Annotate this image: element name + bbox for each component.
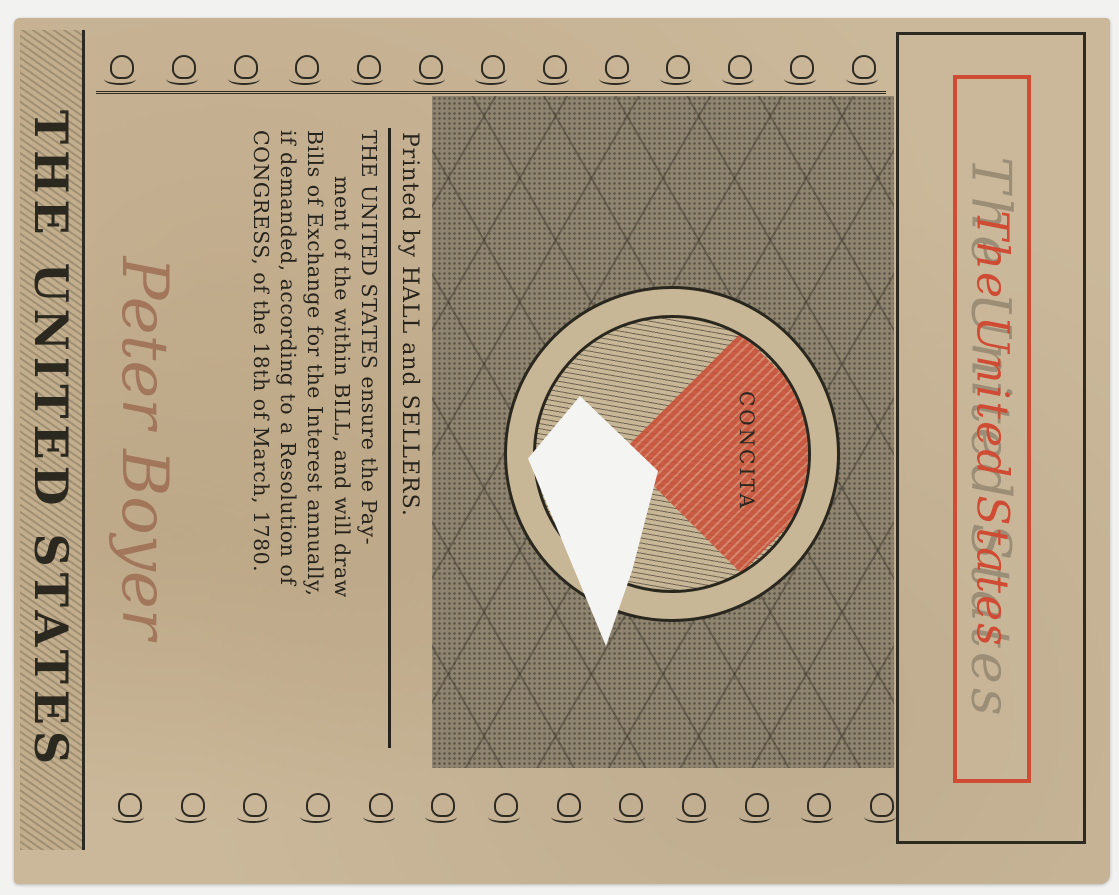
red-sunburst-icon [621,333,811,573]
urn-ornament-icon [862,789,898,829]
urn-ornament-icon [658,51,694,91]
urn-ornament-icon [799,789,835,829]
printer-line: Printed by HALL and SELLERS. [397,108,422,768]
urn-ornament-icon [597,51,633,91]
urn-ornament-icon [674,789,710,829]
left-border-band: THE UNITED STATES [20,30,85,850]
bottom-ornamental-border [104,770,904,848]
urn-ornament-icon [720,51,756,91]
urn-ornament-icon [164,51,200,91]
seal-motto: CONCITA [735,391,759,511]
urn-ornament-icon [473,51,509,91]
urn-ornament-icon [549,789,585,829]
body-line: Bills of Exchange for the Interest annua… [301,130,328,768]
urn-ornament-icon [423,789,459,829]
signature: Peter Boyer [94,108,194,788]
body-line: CONGRESS, of the 18th of March, 1780. [247,130,274,768]
body-line: THE UNITED STATES ensure the Pay- [355,130,382,768]
urn-ornament-icon [102,51,138,91]
urn-ornament-icon [411,51,447,91]
divider-rule [388,128,391,748]
body-text: THE UNITED STATES ensure the Pay- ment o… [247,108,382,768]
urn-ornament-icon [782,51,818,91]
urn-ornament-icon [226,51,262,91]
urn-ornament-icon [361,789,397,829]
top-ornamental-border [96,32,886,94]
urn-ornament-icon [349,51,385,91]
urn-ornament-icon [535,51,571,91]
left-band-text: THE UNITED STATES [24,110,78,770]
red-script-text: The United States [967,210,1018,647]
urn-ornament-icon [737,789,773,829]
urn-ornament-icon [235,789,271,829]
urn-ornament-icon [287,51,323,91]
right-frame: The United States The United States [896,32,1086,844]
urn-ornament-icon [173,789,209,829]
body-line: ment of the within BILL, and will draw [328,130,355,768]
urn-ornament-icon [486,789,522,829]
engraved-panel: CONCITA [432,96,894,768]
urn-ornament-icon [611,789,647,829]
urn-ornament-icon [298,789,334,829]
red-script-box: The United States [953,75,1031,783]
urn-ornament-icon [110,789,146,829]
banknote: THE UNITED STATES Peter Boyer Printed by… [14,18,1110,884]
body-line: if demanded, according to a Resolution o… [274,130,301,768]
text-block: Printed by HALL and SELLERS. THE UNITED … [180,108,430,768]
urn-ornament-icon [844,51,880,91]
signature-text: Peter Boyer [107,257,181,640]
